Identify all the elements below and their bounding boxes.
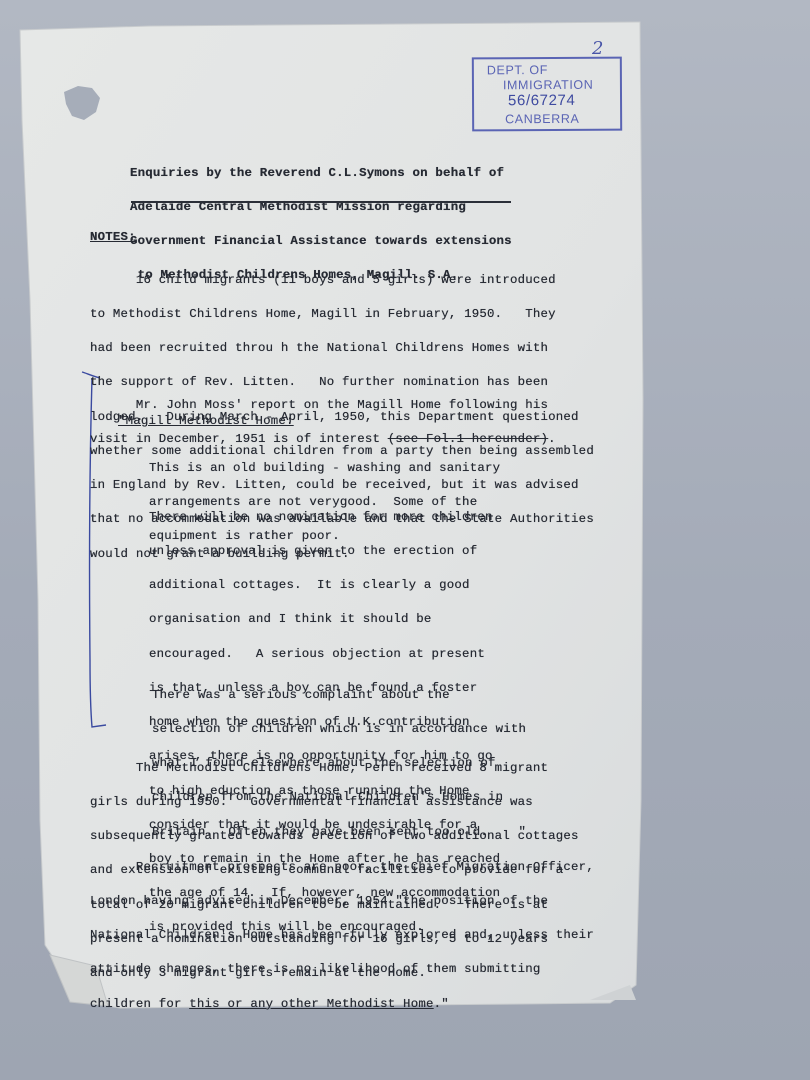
paragraph-4: Recruitment prospects are poor, the Chie…: [90, 839, 594, 1033]
stamp-line3: CANBERRA: [505, 112, 579, 126]
text-line: additional cottages. It is clearly a goo…: [149, 580, 500, 591]
notes-label: NOTES:: [90, 232, 136, 243]
document-page: 2 DEPT. OF IMMIGRATION 56/67274 CANBERRA…: [0, 0, 810, 1080]
text-line: Recruitment prospects are poor, the Chie…: [90, 862, 594, 873]
text-line: National Children's Home has been fully …: [90, 930, 594, 941]
text-line: organisation and I think it should be: [149, 614, 500, 625]
text-span: children for: [90, 997, 189, 1011]
text-line: attitude changes, there is no likelihood…: [90, 964, 594, 975]
heading-line: Enquiries by the Reverend C.L.Symons on …: [130, 168, 512, 179]
heading-rule: [131, 201, 511, 203]
quote-heading: "Magill Methodist Home:: [118, 416, 294, 427]
text-line: had been recruited throu h the National …: [90, 343, 594, 354]
text-span: .": [434, 997, 449, 1011]
underlined-phrase: this or any other Methodist Home: [189, 997, 433, 1011]
text-line: selection of children which is in accord…: [152, 724, 526, 735]
text-line: girls during 1950. Governmental financia…: [90, 797, 579, 808]
stamp-line2: IMMIGRATION: [503, 78, 593, 92]
text-line: to Methodist Childrens Home, Magill in F…: [90, 309, 594, 320]
text-line: This is an old building - washing and sa…: [149, 463, 500, 474]
stamp-file-number: 56/67274: [508, 92, 575, 109]
heading-line: Government Financial Assistance towards …: [130, 236, 512, 247]
text-line: unless approval is given to the erection…: [149, 546, 500, 557]
text-line: London having advised in December, 1954 …: [90, 896, 594, 907]
text-line: encouraged. A serious objection at prese…: [149, 649, 500, 660]
stamp-line1: DEPT. OF: [487, 63, 548, 77]
text-line: The Methodist Childrens Home, Perth rece…: [90, 763, 579, 774]
text-line: There was a serious complaint about the: [152, 690, 526, 701]
text-line: There will be no nomination for more chi…: [149, 512, 500, 523]
text-line: 16 child migrants (11 boys and 5 girls) …: [90, 275, 594, 286]
quote-heading-text: "Magill Methodist Home:: [118, 414, 294, 428]
text-line: Mr. John Moss' report on the Magill Home…: [90, 400, 556, 411]
text-line: children for this or any other Methodist…: [90, 999, 594, 1010]
heading-line: Adelaide Central Methodist Mission regar…: [130, 202, 512, 213]
text-span: .: [548, 432, 556, 446]
immigration-stamp: DEPT. OF IMMIGRATION 56/67274 CANBERRA: [472, 57, 622, 132]
